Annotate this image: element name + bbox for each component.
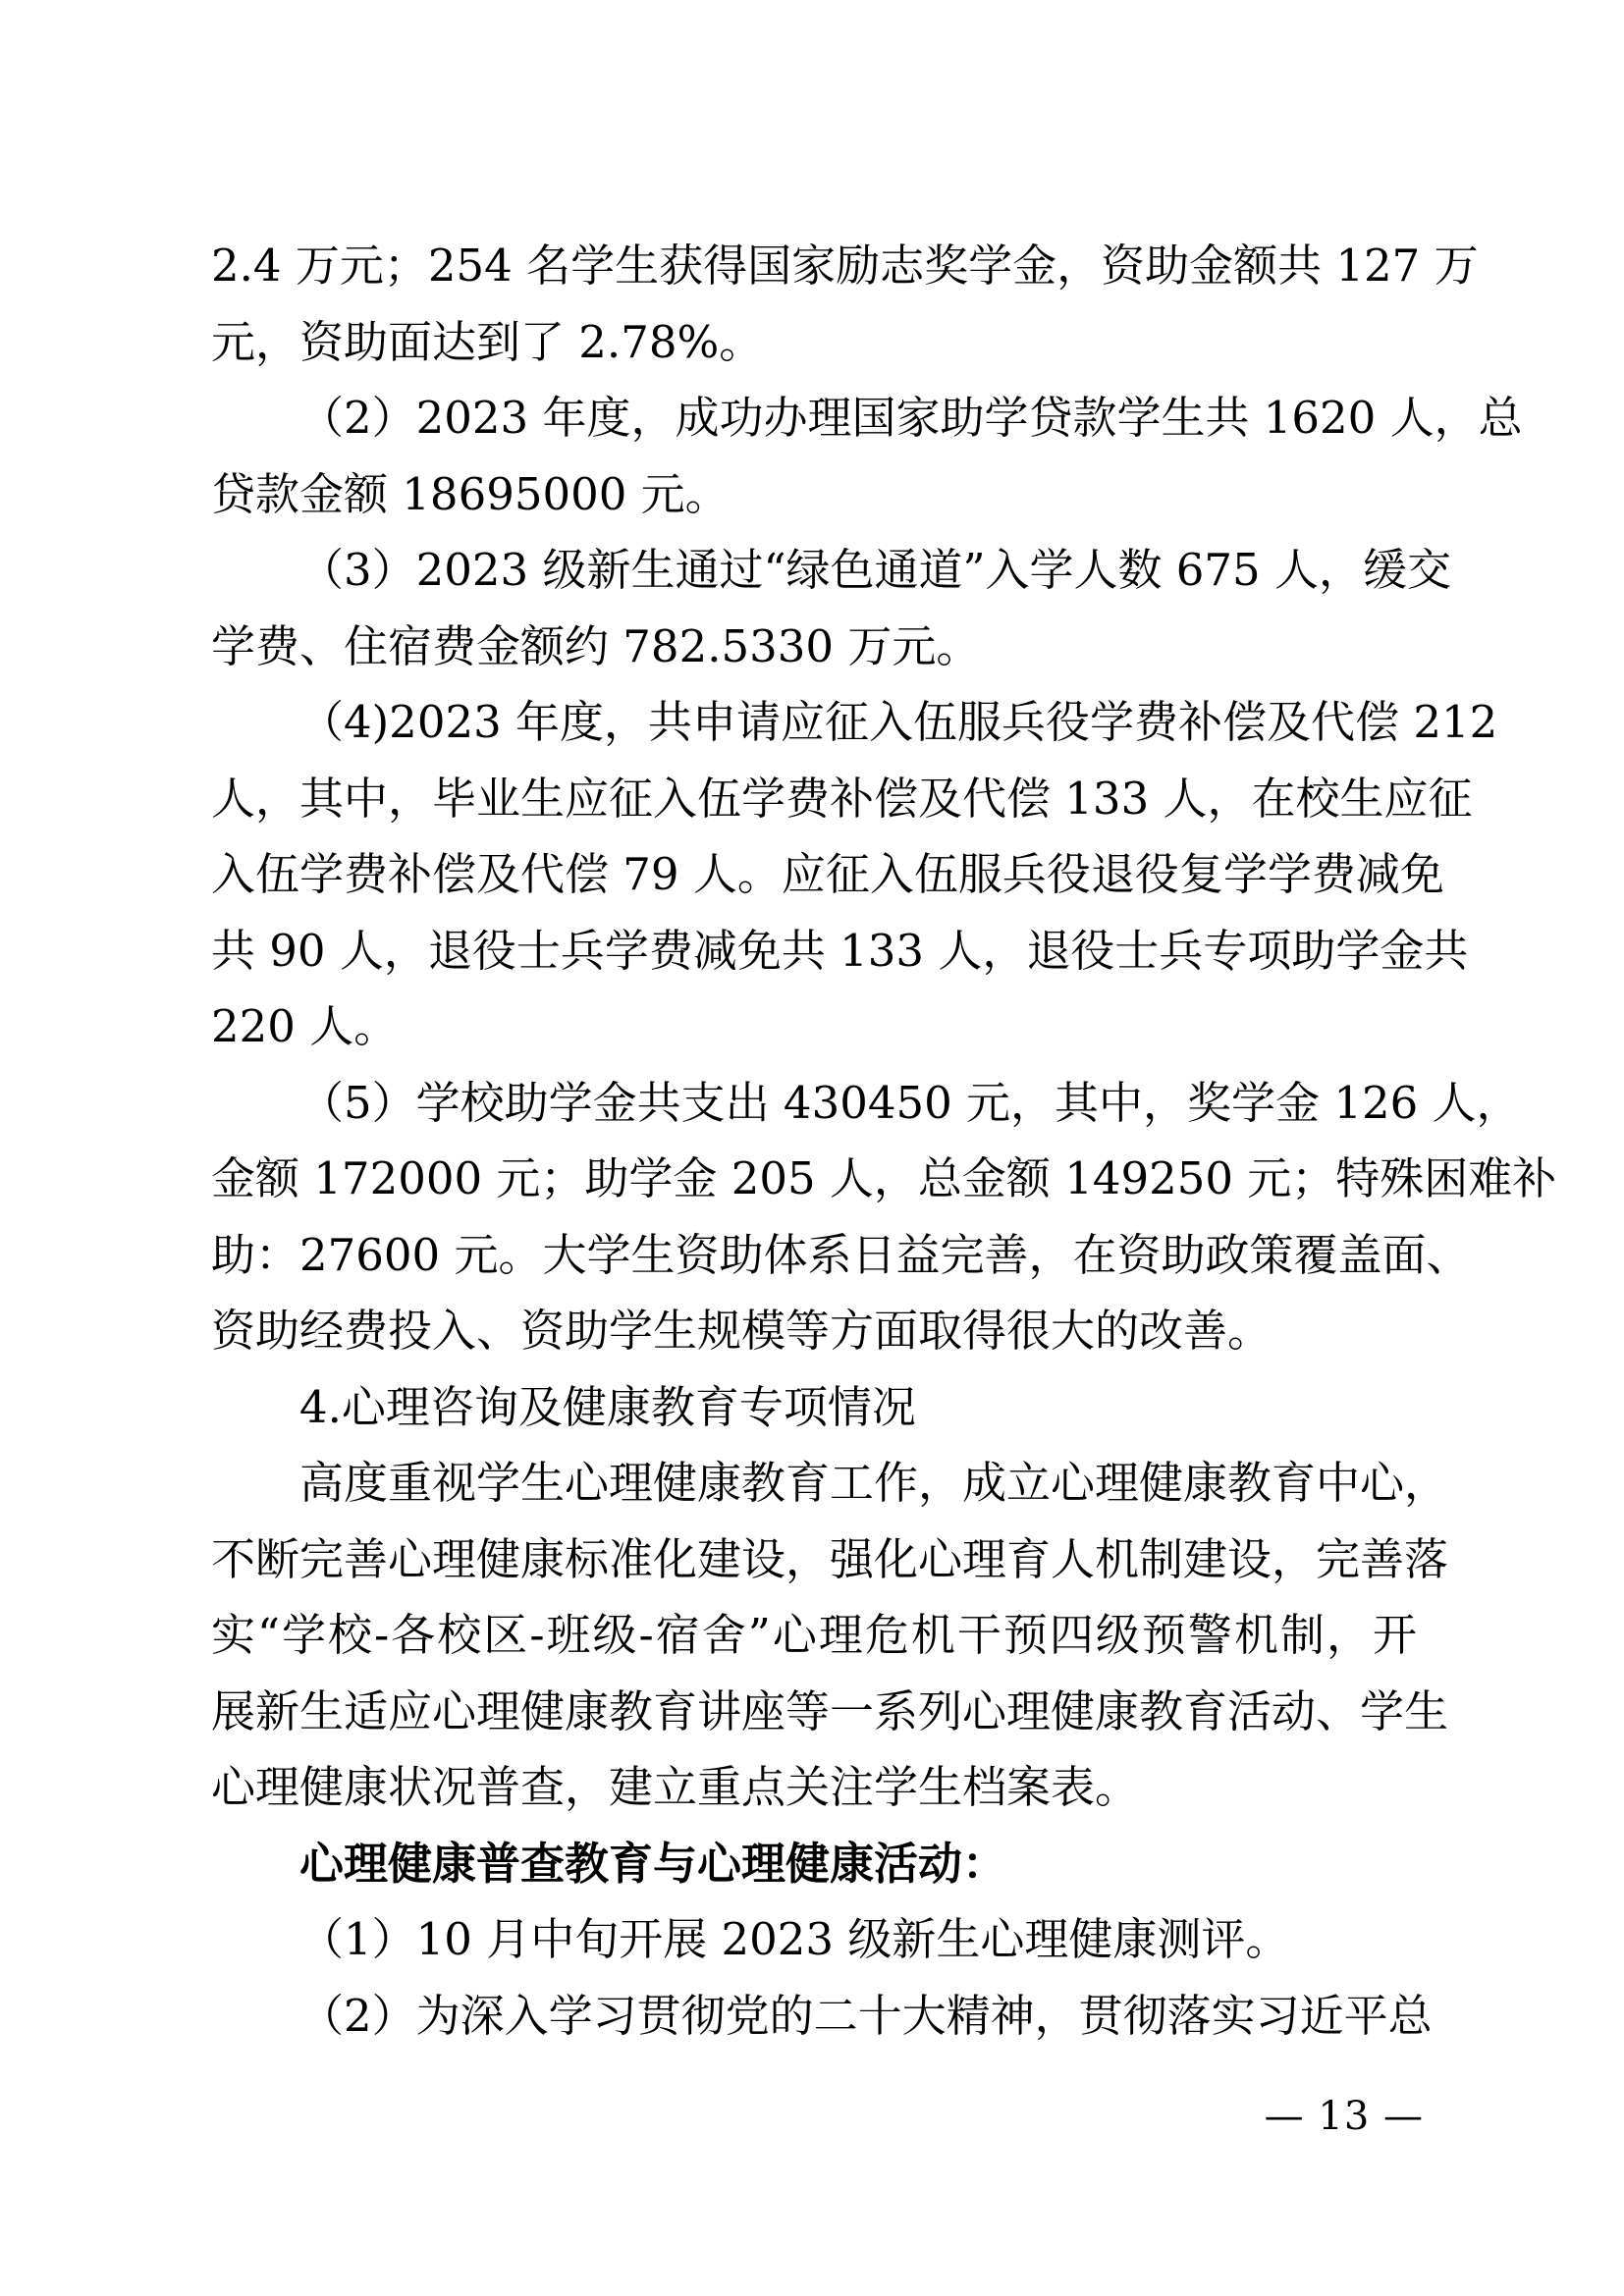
- page-number: — 13 —: [1265, 2095, 1424, 2138]
- document-line: （4)2023 年度，共申请应征入伍服兵役学费补偿及代偿 212: [211, 684, 1417, 761]
- document-line: 学费、住宿费金额约 782.5330 万元。: [211, 609, 1417, 685]
- document-line: （3）2023 级新生通过“绿色通道”入学人数 675 人，缓交: [211, 532, 1417, 609]
- document-line: 元，资助面达到了 2.78%。: [211, 304, 1417, 381]
- document-line: 4.心理咨询及健康教育专项情况: [211, 1369, 1417, 1446]
- document-line: 不断完善心理健康标准化建设，强化心理育人机制建设，完善落: [211, 1522, 1417, 1598]
- document-line: 共 90 人，退役士兵学费减免共 133 人，退役士兵专项助学金共: [211, 913, 1417, 989]
- document-line: 展新生适应心理健康教育讲座等一系列心理健康教育活动、学生: [211, 1674, 1417, 1750]
- document-line: 人，其中，毕业生应征入伍学费补偿及代偿 133 人，在校生应征: [211, 761, 1417, 837]
- document-body: 2.4 万元；254 名学生获得国家励志奖学金，资助金额共 127 万元，资助面…: [211, 228, 1417, 2054]
- document-line: （2）为深入学习贯彻党的二十大精神，贯彻落实习近平总: [211, 1978, 1417, 2055]
- document-page: 2.4 万元；254 名学生获得国家励志奖学金，资助金额共 127 万元，资助面…: [0, 0, 1624, 2296]
- document-line: 心理健康普查教育与心理健康活动：: [211, 1826, 1417, 1902]
- document-line: 入伍学费补偿及代偿 79 人。应征入伍服兵役退役复学学费减免: [211, 836, 1417, 913]
- document-line: 助：27600 元。大学生资助体系日益完善，在资助政策覆盖面、: [211, 1217, 1417, 1294]
- document-line: 实“学校-各校区-班级-宿舍”心理危机干预四级预警机制，开: [211, 1597, 1417, 1674]
- document-line: （5）学校助学金共支出 430450 元，其中，奖学金 126 人，: [211, 1065, 1417, 1142]
- document-line: 贷款金额 18695000 元。: [211, 456, 1417, 533]
- document-line: （1）10 月中旬开展 2023 级新生心理健康测评。: [211, 1901, 1417, 1978]
- document-line: 高度重视学生心理健康教育工作，成立心理健康教育中心，: [211, 1445, 1417, 1522]
- document-line: 2.4 万元；254 名学生获得国家励志奖学金，资助金额共 127 万: [211, 228, 1417, 304]
- document-line: （2）2023 年度，成功办理国家助学贷款学生共 1620 人，总: [211, 380, 1417, 456]
- document-line: 220 人。: [211, 988, 1417, 1065]
- document-line: 心理健康状况普查，建立重点关注学生档案表。: [211, 1749, 1417, 1826]
- document-line: 金额 172000 元；助学金 205 人，总金额 149250 元；特殊困难补: [211, 1141, 1417, 1217]
- document-line: 资助经费投入、资助学生规模等方面取得很大的改善。: [211, 1293, 1417, 1369]
